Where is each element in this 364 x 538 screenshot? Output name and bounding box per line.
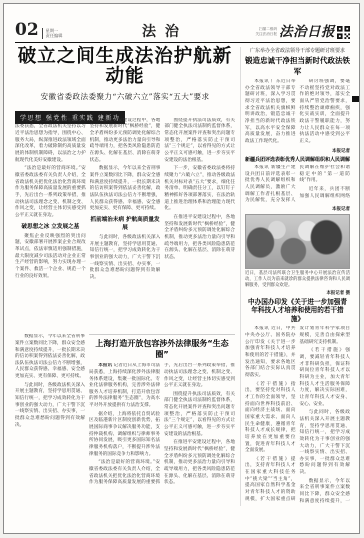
body-paragraph: “法治是最好的营商环境。”安徽省委政法委有关负责人介绍，全省政法机关把优化法治化…: [15, 166, 86, 219]
news-photo: [245, 214, 350, 269]
xinjiang-headline: 新疆兵团评选表彰优秀人民调解组织和人民调解员: [245, 156, 350, 163]
main-subhead-1: 破思想之冰 立发展之基: [15, 223, 86, 231]
lead-label: 本报讯: [98, 363, 112, 368]
main-body-columns: 本报讯 记者近日从安徽省委政法委获悉，全省政法机关坚持以习近平法治思想为指导，围…: [15, 118, 235, 333]
shanghai-article: 上海打造开放包容涉外法律服务“生态圈” 本报讯 记者近日从上海市司法局获悉，上海…: [89, 334, 235, 506]
body-paragraph: 据介绍，上海将依托自贸试验区及临港新片区制度创新优势，拓展国际商事争议解决服务功…: [89, 412, 160, 459]
body-text: 记者近日从上海市司法局获悉，上海持续深化涉外法律服务体系建设，集聚一批国际化、专…: [89, 363, 160, 408]
main-subtitle: 安徽省委政法委聚力“六破六立”落实“五大”要求: [15, 91, 235, 102]
xinjiang-article: 新疆兵团评选表彰优秀人民调解组织和人民调解员 本报讯 新疆生产建设兵团日前评选表…: [245, 156, 350, 212]
photo-credit: 本报记者 摄: [245, 290, 350, 296]
page-info-line2: 责任编辑: [46, 33, 63, 39]
masthead-note-2: 关注法治日报: [255, 32, 277, 37]
page-number: 02: [15, 22, 39, 39]
guangdong-article: 广东举办全省政法领导干部专题研讨班要求 锻造忠诚干净担当新时代政法铁军 本报讯 …: [245, 47, 350, 154]
page-info: 星期一 责任编辑: [42, 28, 63, 39]
main-article: 破立之间生成法治护航新动能 安徽省委政法委聚力“六破六立”落实“五大”要求 学思…: [15, 47, 235, 506]
guangdong-byline: 本报记者: [245, 148, 350, 154]
header-rule: [15, 42, 350, 43]
main-column-1: 本报讯 记者近日从安徽省委政法委获悉，全省政法机关坚持以习近平法治思想为指导，围…: [15, 118, 86, 333]
guangdong-headline: 锻造忠诚干净担当新时代政法铁军: [245, 55, 350, 77]
body-paragraph: 本报讯 记者近日从安徽省委政法委获悉，全省政法机关坚持以习近平法治思想为指导，围…: [15, 118, 86, 165]
body-paragraph: 本报讯 近日，中共中央办公厅、国务院办公厅印发《关于进一步加强青年科技人才培养和…: [245, 326, 296, 379]
measures-headline: 中办国办印发《关于进一步加强青年科技人才培养和使用的若干措施》: [245, 298, 350, 324]
section-title: 法治: [62, 25, 255, 39]
main-column-2: 在推进平安建设过程中，各地坚持和发展新时代“枫桥经验”，健全矛盾纠纷多元预防调处…: [90, 118, 161, 333]
body-paragraph: 数据显示，今年以来全省刑事案件立案数同比下降，群众安全感和满意度持续提升，一批长…: [15, 334, 85, 381]
body-paragraph: 与此同时，各级政法机关深入开展主题教育，坚持学思用贯通、知信行统一，把学习成效转…: [15, 383, 85, 430]
masthead-logo: 法治日报: [279, 26, 335, 40]
main-subhead-2: 抓前端治未病 护航高质量发展: [90, 216, 161, 232]
body-paragraph: 《若干措施》指出，要坚持党对科技人才工作的全面领导，坚持面向世界科技前沿、面向经…: [245, 382, 296, 455]
shanghai-body: 本报讯 记者近日从上海市司法局获悉，上海持续深化涉外法律服务体系建设，集聚一批国…: [89, 363, 235, 506]
measures-article: 中办国办印发《关于进一步加强青年科技人才培养和使用的若干措施》 本报讯 近日，中…: [245, 298, 350, 506]
body-paragraph: 与此同时，各级政法机关深入开展主题教育，坚持学思用贯通、知信行统一，把学习成效转…: [90, 235, 161, 282]
right-column: 广东举办全省政法领导干部专题研讨班要求 锻造忠诚干净担当新时代政法铁军 本报讯 …: [240, 47, 350, 506]
masthead-notes: 扫描二维码 关注法治日报: [255, 27, 277, 37]
page-edge-mark: [352, 96, 359, 102]
measures-body: 本报讯 近日，中共中央办公厅、国务院办公厅印发《关于进一步加强青年科技人才培养和…: [245, 326, 350, 506]
slogan-chip-row: 学思想 强党性 重实践 建新功: [15, 105, 235, 115]
body-paragraph: 在推进平安建设过程中，各地坚持和发展新时代“枫桥经验”，健全矛盾纠纷多元预防调处…: [164, 215, 235, 262]
body-paragraph: 本报讯 记者近日从上海市司法局获悉，上海持续深化涉外法律服务体系建设，集聚一批国…: [89, 363, 160, 410]
qr-code-icon: [337, 26, 350, 39]
body-paragraph: 围绕提升执法司法质效，有关部门健全执法司法制约监督体系，常态化开展案件评查和突出…: [164, 118, 235, 165]
body-paragraph: 本报讯 广东近日举办全省政法领导干部专题研讨班，深入学习贯彻习近平法治思想，要求…: [245, 79, 296, 146]
main-column-3: 围绕提升执法司法质效，有关部门健全执法司法制约监督体系，常态化开展案件评查和突出…: [164, 118, 235, 333]
masthead-area: 扫描二维码 关注法治日报 法治日报: [255, 26, 350, 40]
body-paragraph: 与此同时，各级政法机关深入开展主题教育，坚持学思用贯通、知信行统一，把学习成效转…: [300, 410, 351, 477]
body-paragraph: 《若干措施》强调，要减轻青年科技人才非科研负担，保证科研岗位青年科技人才以科研为…: [300, 348, 351, 408]
newspaper-page: 02 星期一 责任编辑 法治 扫描二维码 关注法治日报 法治日报: [3, 3, 360, 534]
guangdong-eyebrow: 广东举办全省政法领导干部专题研讨班要求: [245, 47, 350, 54]
page-header: 02 星期一 责任编辑 法治 扫描二维码 关注法治日报 法治日报: [15, 17, 350, 39]
photo-caption: 近日，基层司法所联合卫生服务中心开展法治宣传活动，工作人员为前来就诊的群众提供法…: [245, 271, 350, 290]
body-paragraph: 聚焦企业反映强烈的突出问题，安徽部署开展涉案企业合规改革试点，依法审慎适用强制措…: [15, 234, 86, 281]
guangdong-body: 本报讯 广东近日举办全省政法领导干部专题研讨班，深入学习贯彻习近平法治思想，要求…: [245, 79, 350, 147]
body-paragraph: 研讨班强调，要毫不动摇坚持党对政法工作的绝对领导，落实全面从严管党治警要求，持续…: [300, 79, 351, 146]
shanghai-headline: 上海打造开放包容涉外法律服务“生态圈”: [89, 338, 235, 360]
xinjiang-body: 本报讯 新疆生产建设兵团日前评选表彰一批优秀人民调解组织和人民调解员，激励广大调…: [245, 165, 350, 205]
xinjiang-byline: 本报记者: [245, 206, 350, 212]
body-paragraph: 在推进平安建设过程中，各地坚持和发展新时代“枫桥经验”，健全矛盾纠纷多元预防调处…: [164, 440, 235, 487]
body-paragraph: 在推进平安建设过程中，各地坚持和发展新时代“枫桥经验”，健全矛盾纠纷多元预防调处…: [90, 118, 161, 165]
main-headline: 破立之间生成法治护航新动能: [15, 47, 235, 88]
body-paragraph: 数据显示，今年以来全省刑事案件立案数同比下降，群众安全感和满意度持续提升，一批长…: [90, 166, 161, 213]
body-paragraph: 围绕提升执法司法质效，有关部门健全执法司法制约监督体系，常态化开展案件评查和突出…: [164, 392, 235, 439]
main-column-1-continued: 数据显示，今年以来全省刑事案件立案数同比下降，群众安全感和满意度持续提升，一批长…: [15, 334, 85, 506]
body-paragraph: 下一步，安徽省委政法委将持续聚力“六破六立”，推动各级政法机关对标对表“五大”要…: [164, 166, 235, 213]
